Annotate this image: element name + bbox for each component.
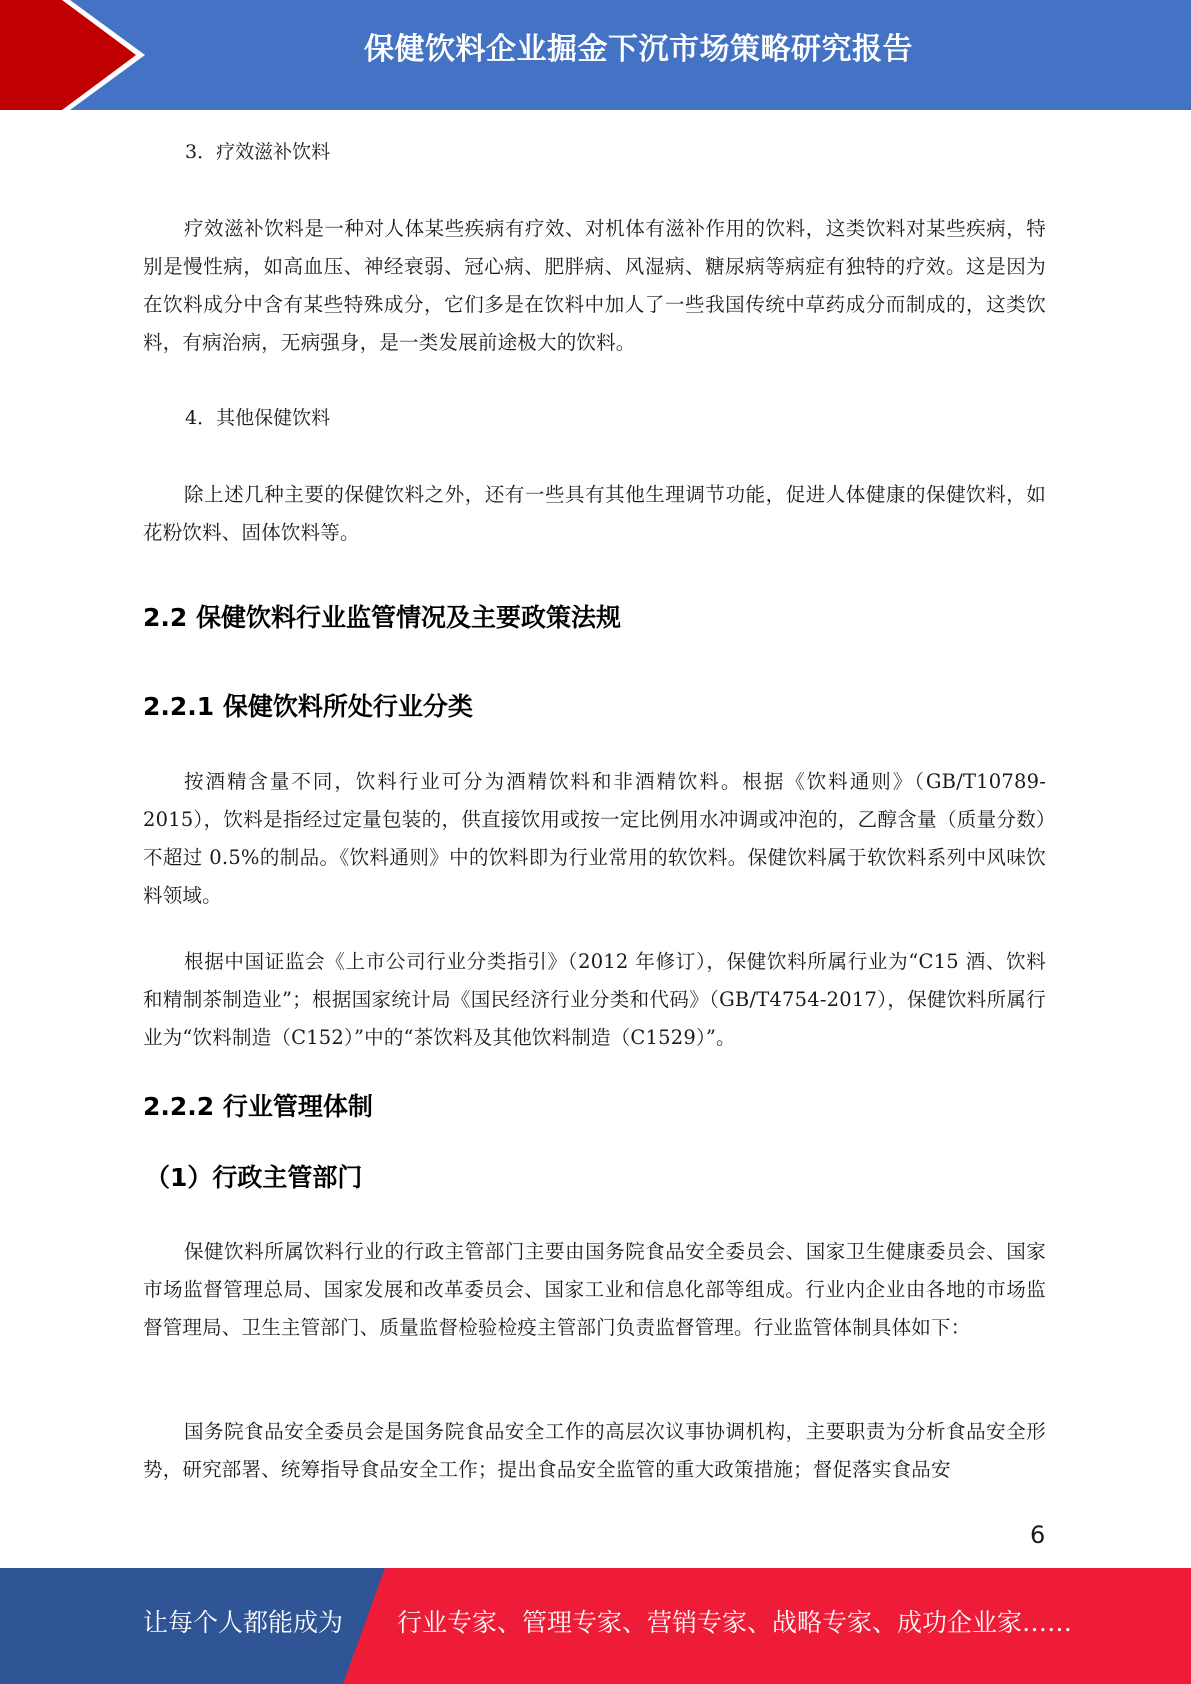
subheading-admin-departments: （1）行政主管部门 xyxy=(145,1162,362,1194)
item-3-title: 3．疗效滋补饮料 xyxy=(185,140,330,164)
paragraph-admin-departments: 保健饮料所属饮料行业的行政主管部门主要由国务院食品安全委员会、国家卫生健康委员会… xyxy=(143,1233,1046,1347)
section-heading-2-2-2: 2.2.2 行业管理体制 xyxy=(143,1091,373,1123)
report-title: 保健饮料企业掘金下沉市场策略研究报告 xyxy=(118,0,1159,100)
section-heading-2-2: 2.2 保健饮料行业监管情况及主要政策法规 xyxy=(143,602,621,634)
page-number: 6 xyxy=(1030,1520,1045,1550)
footer-slogan-left: 让每个人都能成为 xyxy=(143,1565,343,1681)
page-footer: 让每个人都能成为 行业专家、管理专家、营销专家、战略专家、成功企业家…… xyxy=(0,1568,1191,1684)
paragraph-classification-a: 按酒精含量不同，饮料行业可分为酒精饮料和非酒精饮料。根据《饮料通则》（GB/T1… xyxy=(143,763,1046,915)
item-4-title: 4．其他保健饮料 xyxy=(185,406,330,430)
section-heading-2-2-1: 2.2.1 保健饮料所处行业分类 xyxy=(143,691,473,723)
item-4-paragraph: 除上述几种主要的保健饮料之外，还有一些具有其他生理调节功能，促进人体健康的保健饮… xyxy=(143,476,1046,552)
paragraph-classification-b: 根据中国证监会《上市公司行业分类指引》（2012 年修订），保健饮料所属行业为“… xyxy=(143,943,1046,1057)
page-header: 保健饮料企业掘金下沉市场策略研究报告 xyxy=(0,0,1191,110)
footer-slogan-right: 行业专家、管理专家、营销专家、战略专家、成功企业家…… xyxy=(397,1565,1072,1681)
item-3-paragraph: 疗效滋补饮料是一种对人体某些疾病有疗效、对机体有滋补作用的饮料，这类饮料对某些疾… xyxy=(143,210,1046,362)
paragraph-food-safety-council: 国务院食品安全委员会是国务院食品安全工作的高层次议事协调机构，主要职责为分析食品… xyxy=(143,1413,1046,1489)
